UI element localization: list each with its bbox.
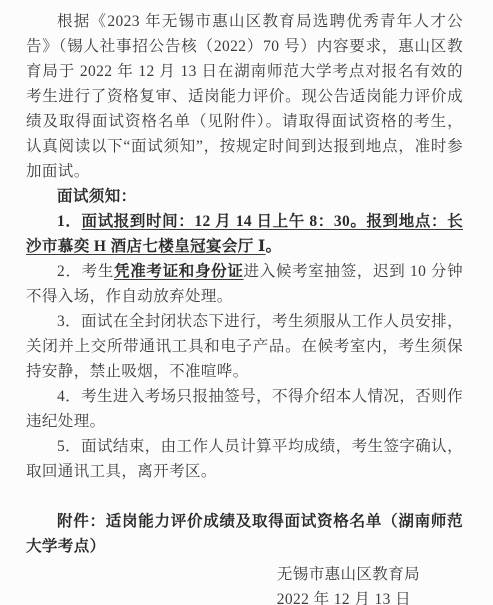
item1-tail: 。 [266, 238, 282, 255]
item2-emphasized-text: 凭准考证和身份证 [114, 263, 244, 280]
notice-item-1: 1．面试报到时间：12 月 14 日上午 8：30。报到地点：长沙市慕奕 H 酒… [26, 209, 463, 259]
official-notice-document: 根据《2023 年无锡市惠山区教育局选聘优秀青年人才公告》（锡人社事招公告核（2… [0, 0, 493, 605]
issuer-name: 无锡市惠山区教育局 [26, 562, 420, 587]
notice-heading: 面试须知： [26, 184, 463, 209]
item1-underlined-text: 面试报到时间：12 月 14 日上午 8：30。报到地点：长沙市慕奕 H 酒店七… [26, 213, 463, 255]
attachment-line: 附件：适岗能力评价成绩及取得面试资格名单（湖南师范大学考点） [26, 509, 463, 559]
notice-item-4: 4．考生进入考场只报抽签号，不得介绍本人情况，否则作违纪处理。 [26, 384, 463, 434]
intro-paragraph: 根据《2023 年无锡市惠山区教育局选聘优秀青年人才公告》（锡人社事招公告核（2… [26, 9, 463, 184]
item2-pre-text: 2．考生 [57, 263, 114, 280]
notice-item-5: 5．面试结束，由工作人员计算平均成绩，考生签字确认，取回通讯工具，离开考区。 [26, 434, 463, 484]
notice-heading-text: 面试须知： [57, 188, 137, 205]
issue-date: 2022 年 12 月 13 日 [26, 587, 411, 605]
notice-item-3: 3．面试在全封闭状态下进行，考生须服从工作人员安排，关闭并上交所带通讯工具和电子… [26, 309, 463, 384]
item1-number: 1． [57, 213, 82, 230]
notice-item-2: 2．考生凭准考证和身份证进入候考室抽签，迟到 10 分钟不得入场，作自动放弃处理… [26, 259, 463, 309]
